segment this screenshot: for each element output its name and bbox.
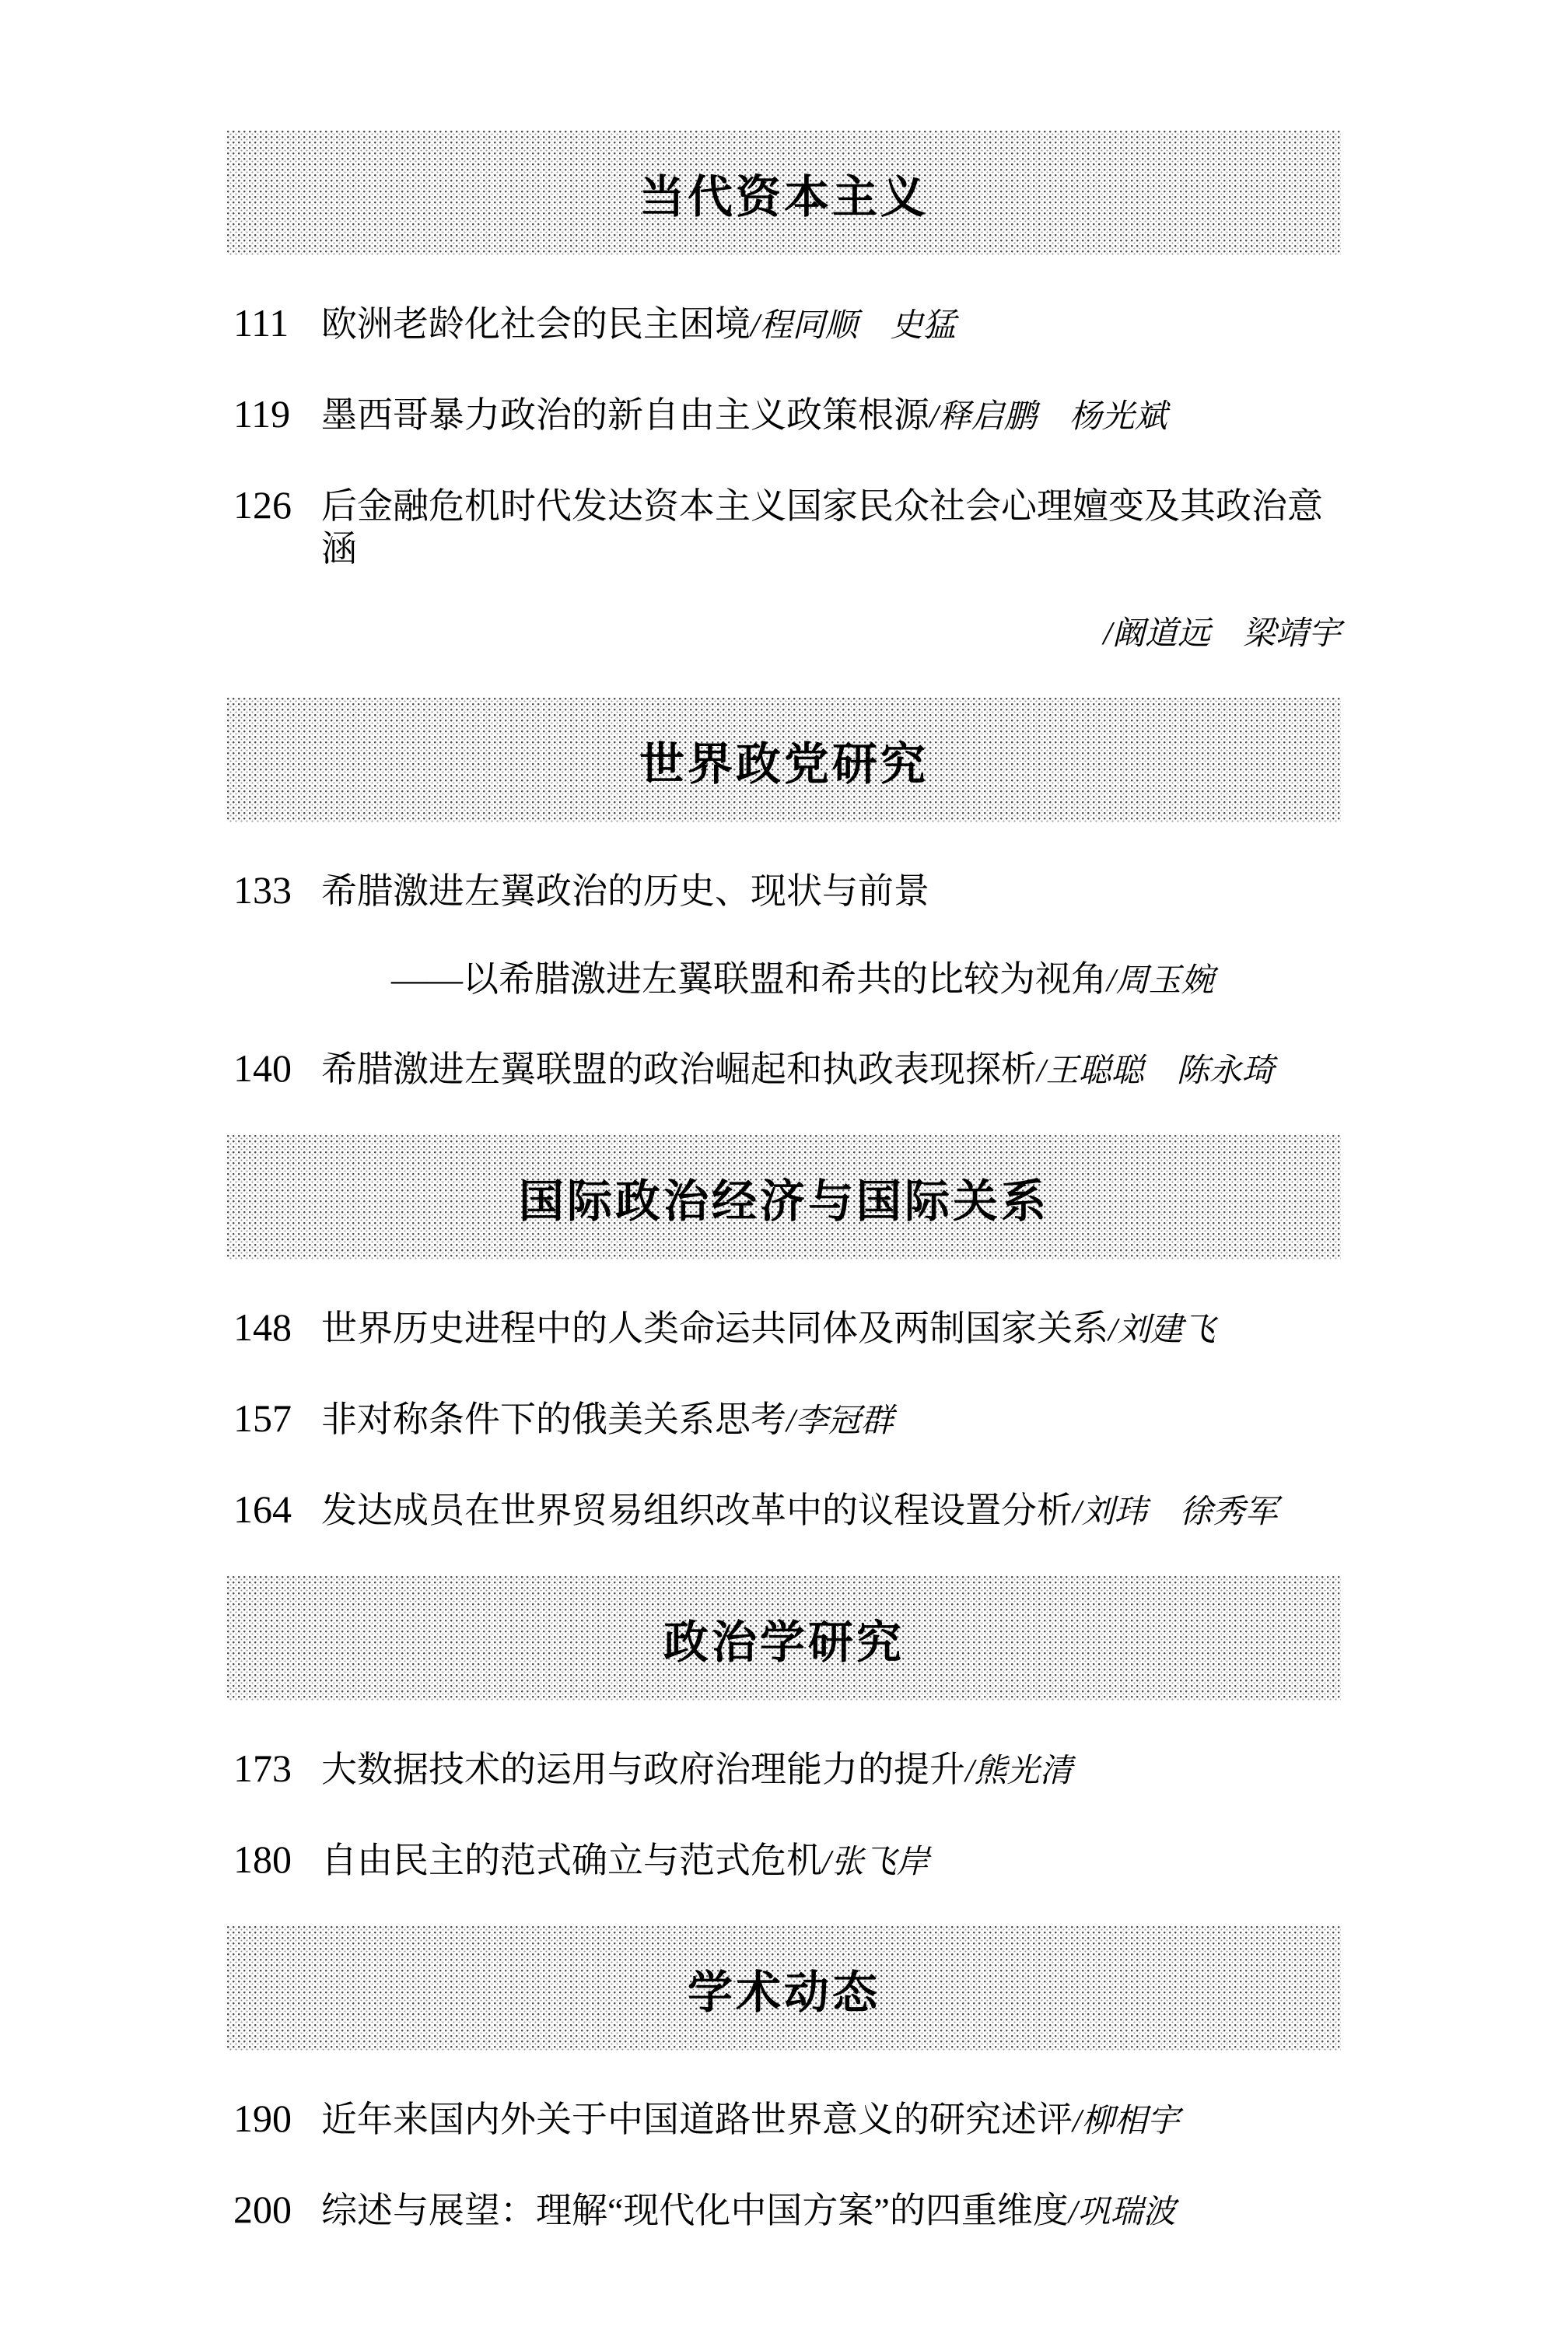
toc-entry: 111 欧洲老龄化社会的民主困境/程同顺 史猛: [233, 300, 1341, 346]
article-title: 后金融危机时代发达资本主义国家民众社会心理嬗变及其政治意涵: [321, 486, 1323, 569]
toc-page: 当代资本主义 111 欧洲老龄化社会的民主困境/程同顺 史猛 119 墨西哥暴力…: [0, 0, 1568, 2340]
page-number: 173: [233, 1745, 321, 1792]
entry-text: 墨西哥暴力政治的新自由主义政策根源/释启鹏 杨光斌: [321, 394, 1341, 436]
section-title: 政治学研究: [663, 1606, 905, 1671]
article-authors: /柳相宇: [1073, 2104, 1180, 2139]
page-number: 200: [233, 2186, 321, 2233]
article-title: 近年来国内外关于中国道路世界意义的研究述评: [321, 2100, 1073, 2139]
section-header-band: 当代资本主义: [227, 131, 1341, 255]
article-title: 墨西哥暴力政治的新自由主义政策根源: [321, 395, 929, 435]
article-title: 大数据技术的运用与政府治理能力的提升: [321, 1750, 965, 1789]
section-contemporary-capitalism: 当代资本主义 111 欧洲老龄化社会的民主困境/程同顺 史猛 119 墨西哥暴力…: [0, 131, 1568, 654]
section-title: 国际政治经济与国际关系: [519, 1165, 1049, 1230]
page-number: 180: [233, 1836, 321, 1883]
page-number: 126: [233, 482, 321, 528]
article-authors: /熊光清: [965, 1753, 1073, 1789]
toc-entry: 157 非对称条件下的俄美关系思考/李冠群: [233, 1395, 1341, 1441]
section-political-science: 政治学研究 173 大数据技术的运用与政府治理能力的提升/熊光清 180 自由民…: [0, 1576, 1568, 1883]
entry-text: 大数据技术的运用与政府治理能力的提升/熊光清: [321, 1748, 1341, 1791]
entry-text: 综述与展望：理解“现代化中国方案”的四重维度/巩瑞波: [321, 2189, 1341, 2232]
page-number: 190: [233, 2095, 321, 2142]
article-authors: /张飞岸: [822, 1844, 929, 1880]
page-number: 157: [233, 1395, 321, 1441]
entry-text: 欧洲老龄化社会的民主困境/程同顺 史猛: [321, 303, 1341, 345]
article-authors: /刘玮 徐秀军: [1073, 1494, 1278, 1530]
entry-text: 非对称条件下的俄美关系思考/李冠群: [321, 1398, 1341, 1441]
entry-text: 发达成员在世界贸易组织改革中的议程设置分析/刘玮 徐秀军: [321, 1489, 1341, 1532]
page-number: 148: [233, 1304, 321, 1350]
toc-entry: 164 发达成员在世界贸易组织改革中的议程设置分析/刘玮 徐秀军: [233, 1486, 1341, 1533]
page-number: 119: [233, 391, 321, 437]
section-title: 世界政党研究: [639, 727, 929, 793]
toc-entry: 180 自由民主的范式确立与范式危机/张飞岸: [233, 1836, 1341, 1883]
toc-entry: 173 大数据技术的运用与政府治理能力的提升/熊光清: [233, 1745, 1341, 1792]
section-academic-trends: 学术动态 190 近年来国内外关于中国道路世界意义的研究述评/柳相宇 200 综…: [0, 1926, 1568, 2233]
section-header-band: 学术动态: [227, 1926, 1341, 2051]
article-title: 自由民主的范式确立与范式危机: [321, 1841, 822, 1880]
toc-entry: 133 希腊激进左翼政治的历史、现状与前景: [233, 867, 1341, 913]
article-authors: /王聪聪 陈永琦: [1037, 1053, 1275, 1089]
article-authors: /周玉婉: [1107, 963, 1214, 999]
section-world-party-studies: 世界政党研究 133 希腊激进左翼政治的历史、现状与前景 ——以希腊激进左翼联盟…: [0, 698, 1568, 1091]
article-authors: /程同顺 史猛: [751, 308, 956, 344]
toc-entry: 200 综述与展望：理解“现代化中国方案”的四重维度/巩瑞波: [233, 2186, 1341, 2233]
entry-text: ——以希腊激进左翼联盟和希共的比较为视角/周玉婉: [391, 958, 1341, 1000]
toc-entry-subtitle: ——以希腊激进左翼联盟和希共的比较为视角/周玉婉: [233, 958, 1341, 1000]
article-title: 希腊激进左翼联盟的政治崛起和执政表现探析: [321, 1049, 1037, 1089]
section-title: 当代资本主义: [639, 160, 929, 226]
article-authors: /阚道远 梁靖宇: [1103, 615, 1341, 653]
entry-text: 近年来国内外关于中国道路世界意义的研究述评/柳相宇: [321, 2098, 1341, 2141]
article-title: 综述与展望：理解“现代化中国方案”的四重维度: [321, 2191, 1069, 2230]
entry-text: 自由民主的范式确立与范式危机/张飞岸: [321, 1839, 1341, 1882]
section-intl-political-economy: 国际政治经济与国际关系 148 世界历史进程中的人类命运共同体及两制国家关系/刘…: [0, 1135, 1568, 1533]
entry-text: 后金融危机时代发达资本主义国家民众社会心理嬗变及其政治意涵: [321, 485, 1341, 570]
section-header-band: 国际政治经济与国际关系: [227, 1135, 1341, 1259]
entry-text: 希腊激进左翼政治的历史、现状与前景: [321, 870, 1341, 913]
page-number: 133: [233, 867, 321, 913]
article-authors: /巩瑞波: [1069, 2195, 1176, 2230]
toc-entry: 190 近年来国内外关于中国道路世界意义的研究述评/柳相宇: [233, 2095, 1341, 2142]
entry-text: 世界历史进程中的人类命运共同体及两制国家关系/刘建飞: [321, 1307, 1341, 1350]
section-header-band: 政治学研究: [227, 1576, 1341, 1701]
article-authors: /李冠群: [786, 1403, 894, 1439]
article-title: 世界历史进程中的人类命运共同体及两制国家关系: [321, 1308, 1108, 1348]
toc-entry: 140 希腊激进左翼联盟的政治崛起和执政表现探析/王聪聪 陈永琦: [233, 1045, 1341, 1091]
article-title: 发达成员在世界贸易组织改革中的议程设置分析: [321, 1491, 1073, 1530]
article-title: 欧洲老龄化社会的民主困境: [321, 304, 751, 344]
article-title: 希腊激进左翼政治的历史、现状与前景: [321, 871, 929, 911]
page-number: 111: [233, 300, 321, 346]
toc-entry-authors-line: /阚道远 梁靖宇: [233, 615, 1341, 653]
article-title: 非对称条件下的俄美关系思考: [321, 1399, 786, 1439]
toc-entry: 119 墨西哥暴力政治的新自由主义政策根源/释启鹏 杨光斌: [233, 391, 1341, 437]
article-authors: /释启鹏 杨光斌: [929, 399, 1167, 435]
page-number: 164: [233, 1486, 321, 1533]
article-subtitle: ——以希腊激进左翼联盟和希共的比较为视角: [391, 959, 1107, 999]
section-header-band: 世界政党研究: [227, 698, 1341, 822]
toc-entry: 148 世界历史进程中的人类命运共同体及两制国家关系/刘建飞: [233, 1304, 1341, 1350]
section-title: 学术动态: [688, 1956, 880, 2021]
toc-entry: 126 后金融危机时代发达资本主义国家民众社会心理嬗变及其政治意涵: [233, 482, 1341, 570]
page-number: 140: [233, 1045, 321, 1091]
entry-text: 希腊激进左翼联盟的政治崛起和执政表现探析/王聪聪 陈永琦: [321, 1048, 1341, 1091]
article-authors: /刘建飞: [1108, 1312, 1216, 1348]
